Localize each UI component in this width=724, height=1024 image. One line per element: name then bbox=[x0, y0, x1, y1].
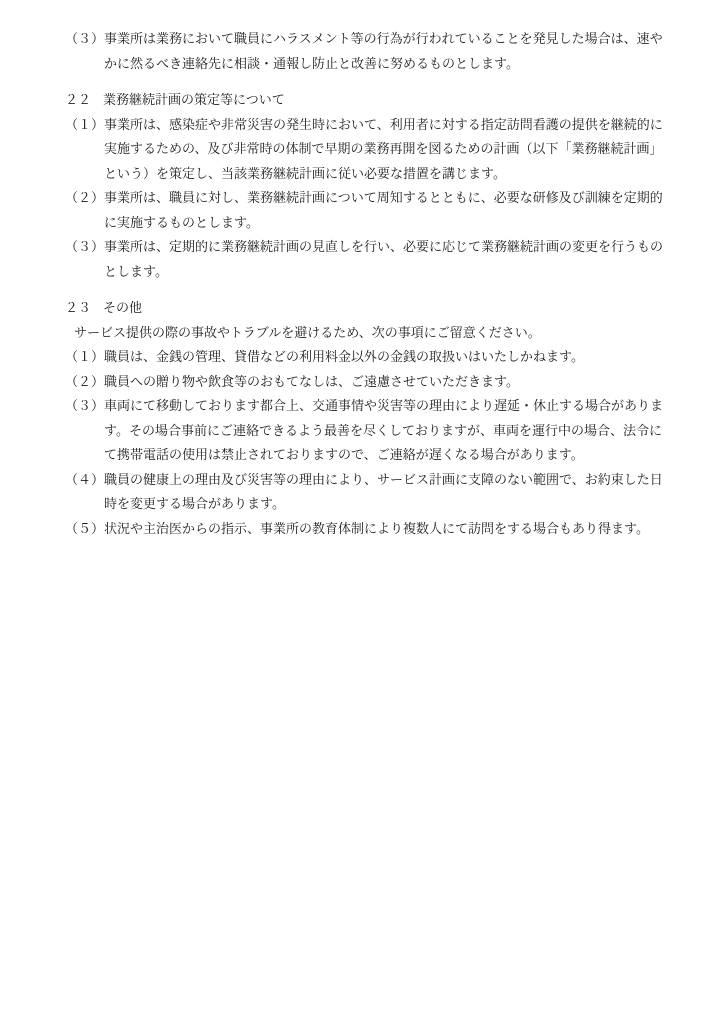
numbered-item: （３）車両にて移動しております都合上、交通事情や災害等の理由により遅延・休止する… bbox=[65, 394, 665, 468]
item-text: 車両にて移動しております都合上、交通事情や災害等の理由により遅延・休止する場合が… bbox=[104, 394, 665, 468]
item-number-label: （２） bbox=[65, 370, 104, 395]
section-number: ２３ bbox=[65, 296, 103, 321]
item-number-label: （３） bbox=[65, 394, 104, 419]
item-text: 状況や主治医からの指示、事業所の教育体制により複数人にて訪問をする場合もあり得ま… bbox=[104, 517, 665, 542]
numbered-item: （２）職員への贈り物や飲食等のおもてなしは、ご遠慮させていただきます。 bbox=[65, 370, 665, 395]
item-text-line: 職員は、金銭の管理、貸借などの利用料金以外の金銭の取扱いはいたしかねます。 bbox=[104, 345, 665, 370]
item-text-line: に実施するものとします。 bbox=[104, 211, 665, 236]
item-text-line: 実施するための、及び非常時の体制で早期の業務再開を図るための計画（以下「業務継続… bbox=[104, 137, 665, 162]
item-text-line: 状況や主治医からの指示、事業所の教育体制により複数人にて訪問をする場合もあり得ま… bbox=[104, 517, 665, 542]
item-number-label: （１） bbox=[65, 345, 104, 370]
item-text-line: 事業所は、定期的に業務継続計画の見直しを行い、必要に応じて業務継続計画の変更を行… bbox=[104, 235, 665, 260]
item-text: 事業所は、定期的に業務継続計画の見直しを行い、必要に応じて業務継続計画の変更を行… bbox=[104, 235, 665, 284]
item-number-label: （３） bbox=[65, 27, 104, 52]
item-text-line: 職員への贈り物や飲食等のおもてなしは、ご遠慮させていただきます。 bbox=[104, 370, 665, 395]
item-text: 職員の健康上の理由及び災害等の理由により、サービス計画に支障のない範囲で、お約束… bbox=[104, 468, 665, 517]
item-number-label: （１） bbox=[65, 113, 104, 138]
section-heading: ２３その他 bbox=[65, 296, 665, 321]
numbered-item: （４）職員の健康上の理由及び災害等の理由により、サービス計画に支障のない範囲で、… bbox=[65, 468, 665, 517]
numbered-item: （３）事業所は業務において職員にハラスメント等の行為が行われていることを発見した… bbox=[65, 27, 665, 76]
item-text: 事業所は、職員に対し、業務継続計画について周知するとともに、必要な研修及び訓練を… bbox=[104, 186, 665, 235]
item-text-line: 職員の健康上の理由及び災害等の理由により、サービス計画に支障のない範囲で、お約束… bbox=[104, 468, 665, 493]
item-text-line: 事業所は、職員に対し、業務継続計画について周知するとともに、必要な研修及び訓練を… bbox=[104, 186, 665, 211]
item-number-label: （５） bbox=[65, 517, 104, 542]
item-text: 職員への贈り物や飲食等のおもてなしは、ご遠慮させていただきます。 bbox=[104, 370, 665, 395]
section-heading: ２２業務継続計画の策定等について bbox=[65, 88, 665, 113]
item-text-line: という）を策定し、当該業務継続計画に従い必要な措置を講じます。 bbox=[104, 162, 665, 187]
document-body: （３）事業所は業務において職員にハラスメント等の行為が行われていることを発見した… bbox=[65, 27, 665, 541]
numbered-item: （２）事業所は、職員に対し、業務継続計画について周知するとともに、必要な研修及び… bbox=[65, 186, 665, 235]
numbered-item: （１）職員は、金銭の管理、貸借などの利用料金以外の金銭の取扱いはいたしかねます。 bbox=[65, 345, 665, 370]
item-text-line: かに然るべき連絡先に相談・通報し防止と改善に努めるものとします。 bbox=[104, 52, 665, 77]
numbered-item: （５）状況や主治医からの指示、事業所の教育体制により複数人にて訪問をする場合もあ… bbox=[65, 517, 665, 542]
document-page: （３）事業所は業務において職員にハラスメント等の行為が行われていることを発見した… bbox=[0, 0, 724, 1024]
item-text-line: とします。 bbox=[104, 260, 665, 285]
section-title: 業務継続計画の策定等について bbox=[103, 88, 665, 113]
lead-note: サービス提供の際の事故やトラブルを避けるため、次の事項にご留意ください。 bbox=[65, 321, 665, 346]
item-text-line: て携帯電話の使用は禁止されておりますので、ご連絡が遅くなる場合があります。 bbox=[104, 443, 665, 468]
item-number-label: （２） bbox=[65, 186, 104, 211]
item-text-line: 事業所は業務において職員にハラスメント等の行為が行われていることを発見した場合は… bbox=[104, 27, 665, 52]
item-text-line: す。その場合事前にご連絡できるよう最善を尽くしておりますが、車両を運行中の場合、… bbox=[104, 419, 665, 444]
item-text-line: 時を変更する場合があります。 bbox=[104, 492, 665, 517]
item-text: 事業所は業務において職員にハラスメント等の行為が行われていることを発見した場合は… bbox=[104, 27, 665, 76]
numbered-item: （３）事業所は、定期的に業務継続計画の見直しを行い、必要に応じて業務継続計画の変… bbox=[65, 235, 665, 284]
item-text: 職員は、金銭の管理、貸借などの利用料金以外の金銭の取扱いはいたしかねます。 bbox=[104, 345, 665, 370]
item-number-label: （４） bbox=[65, 468, 104, 493]
section-title: その他 bbox=[103, 296, 665, 321]
item-text-line: 事業所は、感染症や非常災害の発生時において、利用者に対する指定訪問看護の提供を継… bbox=[104, 113, 665, 138]
numbered-item: （１）事業所は、感染症や非常災害の発生時において、利用者に対する指定訪問看護の提… bbox=[65, 113, 665, 187]
item-text-line: 車両にて移動しております都合上、交通事情や災害等の理由により遅延・休止する場合が… bbox=[104, 394, 665, 419]
item-number-label: （３） bbox=[65, 235, 104, 260]
item-text: 事業所は、感染症や非常災害の発生時において、利用者に対する指定訪問看護の提供を継… bbox=[104, 113, 665, 187]
section-number: ２２ bbox=[65, 88, 103, 113]
